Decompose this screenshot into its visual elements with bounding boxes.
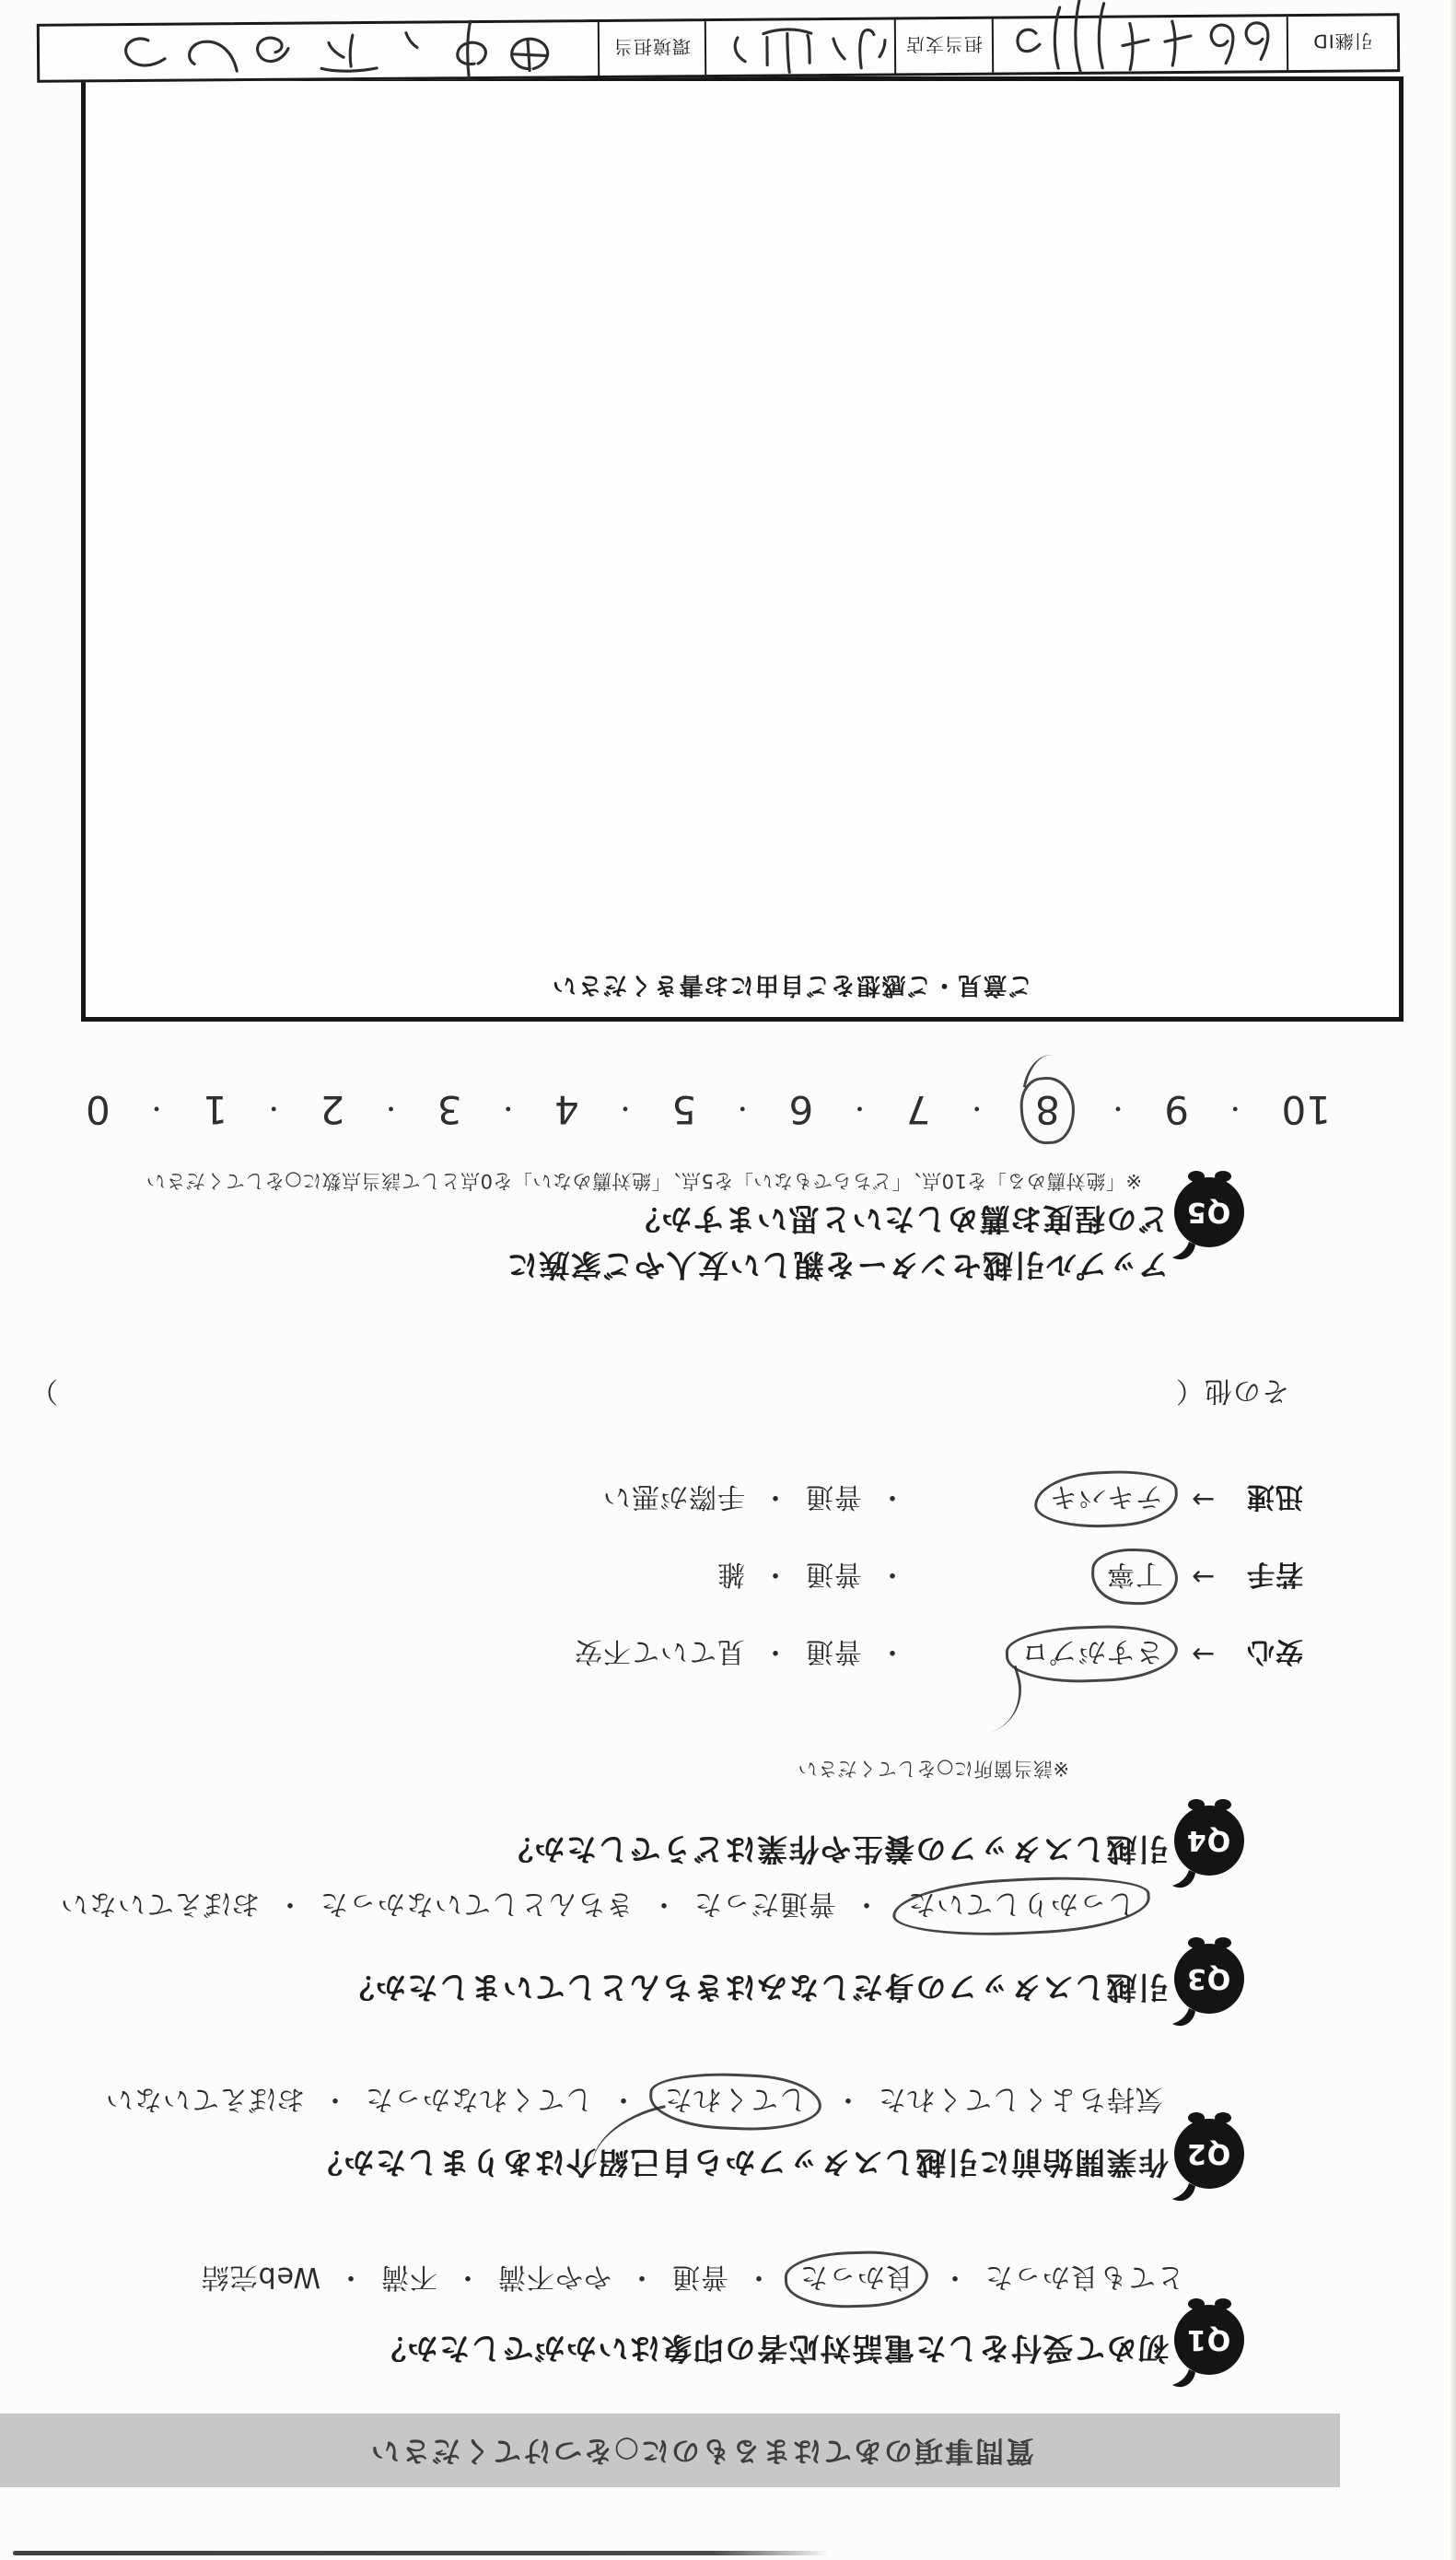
q3-option: 普通だった [693,1888,836,1920]
q3-badge-label: Q3 [1172,1962,1244,1994]
q1-option: 不満 [380,2261,437,2293]
instruction-bar: 質問事項のあてはまるものに○をつけてください [0,2414,1340,2487]
q4-row2-option: 普通 [805,1557,862,1597]
q3-option: おぼえていない [60,1888,260,1920]
option-separator: ・ [1223,1093,1247,1127]
q4-row3-option: テキパキ [1049,1480,1163,1513]
q2-question: 作業開始前に引越しスタッフから自己紹介はありましたか？ [311,2143,1170,2186]
arrow-icon: → [1174,1484,1231,1516]
option-separator: ・ [833,2082,862,2122]
q4-row1-option: 普通 [805,1634,862,1675]
q4-question: 引越しスタッフの養生や作業はどうでしたか？ [502,1829,1170,1873]
nps-scale: 10・ 9・ 8・ 7・ 6・ 5・ 4・ 3・ 2・ 1・ 0 [86,1084,1331,1135]
comment-box: ご意見・ご感想をご自由にお書きください [81,76,1404,1022]
q4-badge: Q4 [1167,1797,1246,1893]
q1-question: 初めて受付をした電話対応者の印象はいかがでしたか？ [375,2329,1170,2372]
q3-badge: Q3 [1167,1935,1246,2031]
q4-row2-option: 丁寧 [1106,1558,1163,1590]
q1-option: やや不満 [497,2261,612,2293]
q3-options: しっかりしていた・普通だった・きちんとしていなかった・おぼえていない [60,1886,1147,1928]
q3-question: 引越しスタッフの身だしなみはきちんとしていましたか？ [343,1968,1169,2011]
q4-row1-selected-circle: さすがプロ [1009,1633,1174,1676]
signature-handwriting [40,22,600,80]
option-separator: ・ [761,1479,789,1520]
nps-value: 1 [203,1087,227,1132]
q5-note: ※「絶対薦める」を10点、「どちらでもない」を5点、「絶対薦めない」を0点として… [146,1168,1142,1196]
q2-badge: Q2 [1167,2110,1246,2206]
handover-id-label: 引継ID [1288,16,1397,70]
option-separator: ・ [965,1093,989,1127]
nps-value: 4 [554,1087,579,1132]
q4-row2-option: 雑 [716,1557,745,1597]
branch-value-handwriting [706,19,896,75]
q4-other-close: ） [29,1374,58,1414]
scanned-survey-page: 質問事項のあてはまるものに○をつけてください Q1 初めて受付をした電話対応者の… [0,0,1456,2560]
q2-option: してくれなかった [365,2083,593,2115]
arrow-icon: → [1174,1639,1231,1671]
q2-option: 気持ちよくしてくれた [878,2083,1163,2115]
q2-option: おぼえていない [105,2083,305,2115]
q3-option: きちんとしていなかった [320,1888,634,1920]
option-separator: ・ [1106,1093,1130,1127]
option-separator: ・ [336,2260,365,2300]
option-separator: ・ [878,1634,906,1675]
option-separator: ・ [730,1093,754,1127]
q4-row3-option: 手際が悪い [602,1479,745,1520]
nps-value: 3 [437,1087,462,1132]
option-separator: ・ [878,1557,906,1597]
option-separator: ・ [453,2260,482,2300]
q4-badge-label: Q4 [1172,1824,1244,1856]
q4-other-field: その他（ ） [29,1374,1289,1414]
option-separator: ・ [145,1093,169,1127]
q1-options: とても良かった・良かった・普通・やや不満・不満・Web完結 [201,2259,1184,2301]
option-separator: ・ [761,1634,789,1675]
scan-edge-artifact [13,2551,829,2555]
option-separator: ・ [613,1093,637,1127]
q2-option: してくれた [664,2083,807,2115]
handwriting-id-icon [991,0,1287,78]
q2-option-selected-circle: してくれた [653,2081,818,2123]
q1-option: 良かった [799,2261,914,2293]
instruction-text: 質問事項のあてはまるものに○をつけてください [0,2414,1340,2487]
q1-badge: Q1 [1167,2297,1246,2392]
q5-question-line1: アップル引越センターを親しい友人やご家族に [506,1245,1169,1289]
q1-option: 普通 [671,2261,728,2293]
handwriting-signature-icon [31,9,599,88]
q4-row3-option: 普通 [805,1479,862,1520]
environment-manager-label: 環境担当 [600,21,706,76]
nps-value: 0 [86,1087,111,1132]
q1-option: Web完結 [201,2261,320,2293]
nps-value: 5 [671,1087,696,1132]
option-separator: ・ [649,1887,678,1927]
upside-down-sheet: 質問事項のあてはまるものに○をつけてください Q1 初めて受付をした電話対応者の… [0,0,1456,2560]
scan-edge-shadow [1450,0,1456,2560]
q4-row-anshin: 安心 → さすがプロ ・ 普通 ・ 見ていて不安 [574,1633,1303,1676]
option-separator: ・ [878,1479,906,1520]
option-separator: ・ [496,1093,520,1127]
q4-row1-option: さすがプロ [1020,1635,1163,1667]
nps-value: 7 [906,1087,931,1132]
option-separator: ・ [275,1887,304,1927]
q2-badge-label: Q2 [1172,2137,1244,2169]
handover-id-value-handwriting [994,17,1288,73]
comment-box-caption: ご意見・ご感想をご自由にお書きください [86,970,1032,1004]
q4-row-label: 安心 [1231,1634,1303,1675]
nps-value: 9 [1164,1087,1189,1132]
q4-row1-option: 見ていて不安 [574,1634,745,1675]
q4-row-label: 若手 [1231,1557,1303,1597]
option-separator: ・ [761,1557,789,1597]
q4-other-blank [58,1374,1175,1414]
q5-badge-label: Q5 [1172,1196,1244,1228]
q4-row-label: 迅速 [1231,1479,1303,1520]
q4-note: ※該当箇所に○をしてください [798,1756,1069,1783]
q1-option: とても良かった [984,2261,1184,2293]
handwriting-branch-icon [705,13,895,79]
q1-option-selected-circle: 良かった [788,2259,925,2301]
nps-value: 10 [1282,1087,1331,1132]
q2-options: 気持ちよくしてくれた・してくれた・してくれなかった・おぼえていない [105,2081,1163,2123]
q1-badge-label: Q1 [1172,2323,1244,2355]
option-separator: ・ [744,2260,773,2300]
nps-value: 8 [1035,1087,1060,1132]
nps-selected-circle: 8 [1023,1084,1072,1135]
option-separator: ・ [852,1887,880,1927]
q4-row-jinsoku: 迅速 → テキパキ ・ 普通 ・ 手際が悪い [602,1479,1303,1521]
q5-badge: Q5 [1167,1169,1246,1265]
q5-question-line2: どの程度お薦めしたいと思いますか？ [629,1199,1170,1243]
branch-label: 担当支店 [896,19,994,74]
nps-value: 2 [320,1087,345,1132]
q4-row-wakate: 若手 → 丁寧 ・ 普通 ・ 雑 [716,1556,1303,1598]
q3-option-selected-circle: しっかりしていた [896,1886,1147,1928]
footer-table: 引継ID 担当支店 [37,13,1400,83]
q4-other-label: その他（ [1175,1374,1289,1414]
option-separator: ・ [262,1093,285,1127]
q4-row3-selected-circle: テキパキ [1038,1479,1174,1521]
option-separator: ・ [627,2260,656,2300]
q4-row2-selected-circle: 丁寧 [1095,1556,1174,1598]
option-separator: ・ [320,2082,349,2122]
option-separator: ・ [379,1093,403,1127]
option-separator: ・ [848,1093,872,1127]
q3-option: しっかりしていた [907,1888,1136,1920]
nps-value: 6 [789,1087,814,1132]
option-separator: ・ [940,2260,969,2300]
arrow-icon: → [1174,1561,1231,1594]
